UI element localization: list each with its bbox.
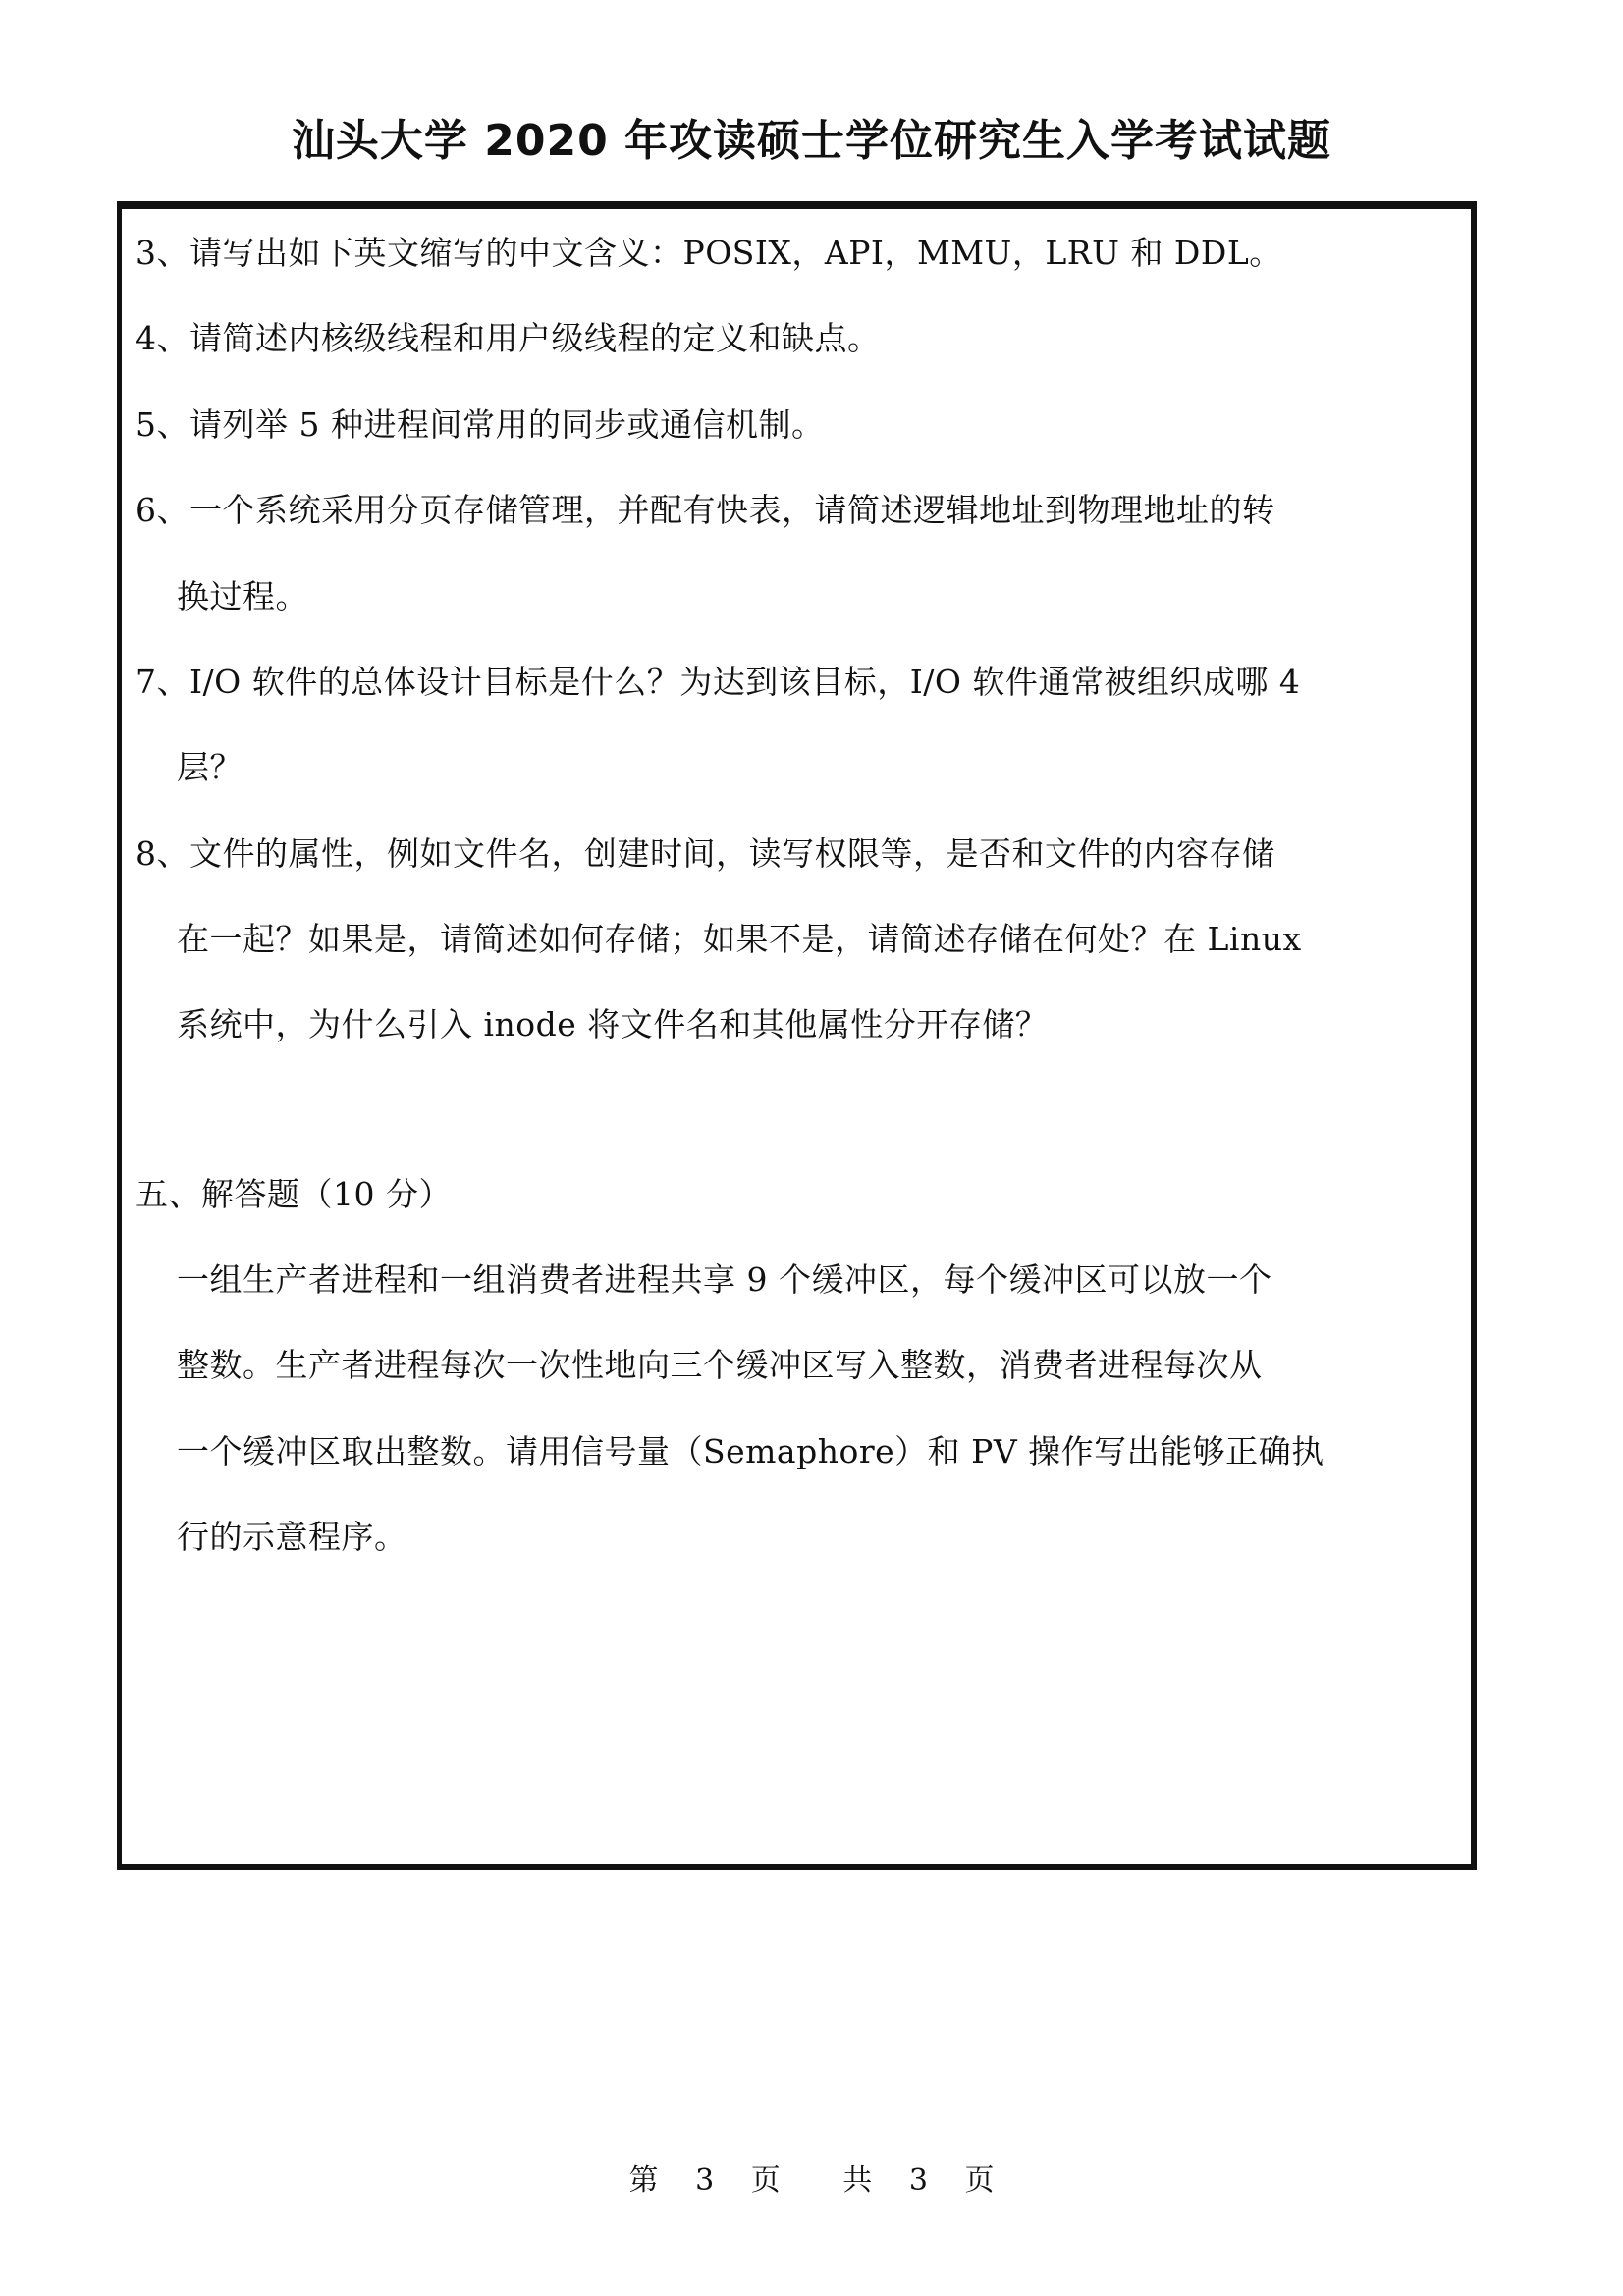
total-unit: 页 (964, 2160, 994, 2203)
page-total: 3 (909, 2160, 928, 2203)
page-label: 第 (629, 2160, 659, 2203)
question-6-line-2: 换过程。 (177, 575, 308, 618)
section-5-line-3: 一个缓冲区取出整数。请用信号量（Semaphore）和 PV 操作写出能够正确执 (177, 1430, 1325, 1473)
question-8-line-3: 系统中，为什么引入 inode 将文件名和其他属性分开存储？ (177, 1003, 1048, 1046)
question-5: 5、请列举 5 种进程间常用的同步或通信机制。 (135, 403, 824, 447)
section-5-line-4: 行的示意程序。 (177, 1516, 407, 1559)
question-4: 4、请简述内核级线程和用户级线程的定义和缺点。 (135, 317, 881, 360)
question-8-line-1: 8、文件的属性，例如文件名，创建时间，读写权限等，是否和文件的内容存储 (135, 832, 1275, 876)
section-5-heading: 五、解答题（10 分） (135, 1173, 452, 1216)
section-5-line-2: 整数。生产者进程每次一次性地向三个缓冲区写入整数，消费者进程每次从 (177, 1344, 1263, 1387)
page-footer: 第 3 页 共 3 页 (0, 2160, 1623, 2203)
section-5-line-1: 一组生产者进程和一组消费者进程共享 9 个缓冲区，每个缓冲区可以放一个 (177, 1258, 1271, 1302)
exam-title: 汕头大学 2020 年攻读硕士学位研究生入学考试试题 (0, 110, 1623, 173)
total-label: 共 (842, 2160, 872, 2203)
page-current: 3 (695, 2160, 714, 2203)
question-6-line-1: 6、一个系统采用分页存储管理，并配有快表，请简述逻辑地址到物理地址的转 (135, 489, 1275, 532)
question-8-line-2: 在一起？如果是，请简述如何存储；如果不是，请简述存储在何处？在 Linux (177, 918, 1302, 961)
question-7-line-1: 7、I/O 软件的总体设计目标是什么？为达到该目标，I/O 软件通常被组织成哪 … (135, 661, 1300, 704)
question-7-line-2: 层？ (177, 746, 243, 789)
question-3: 3、请写出如下英文缩写的中文含义：POSIX，API，MMU，LRU 和 DDL… (135, 232, 1282, 275)
page-unit: 页 (751, 2160, 781, 2203)
